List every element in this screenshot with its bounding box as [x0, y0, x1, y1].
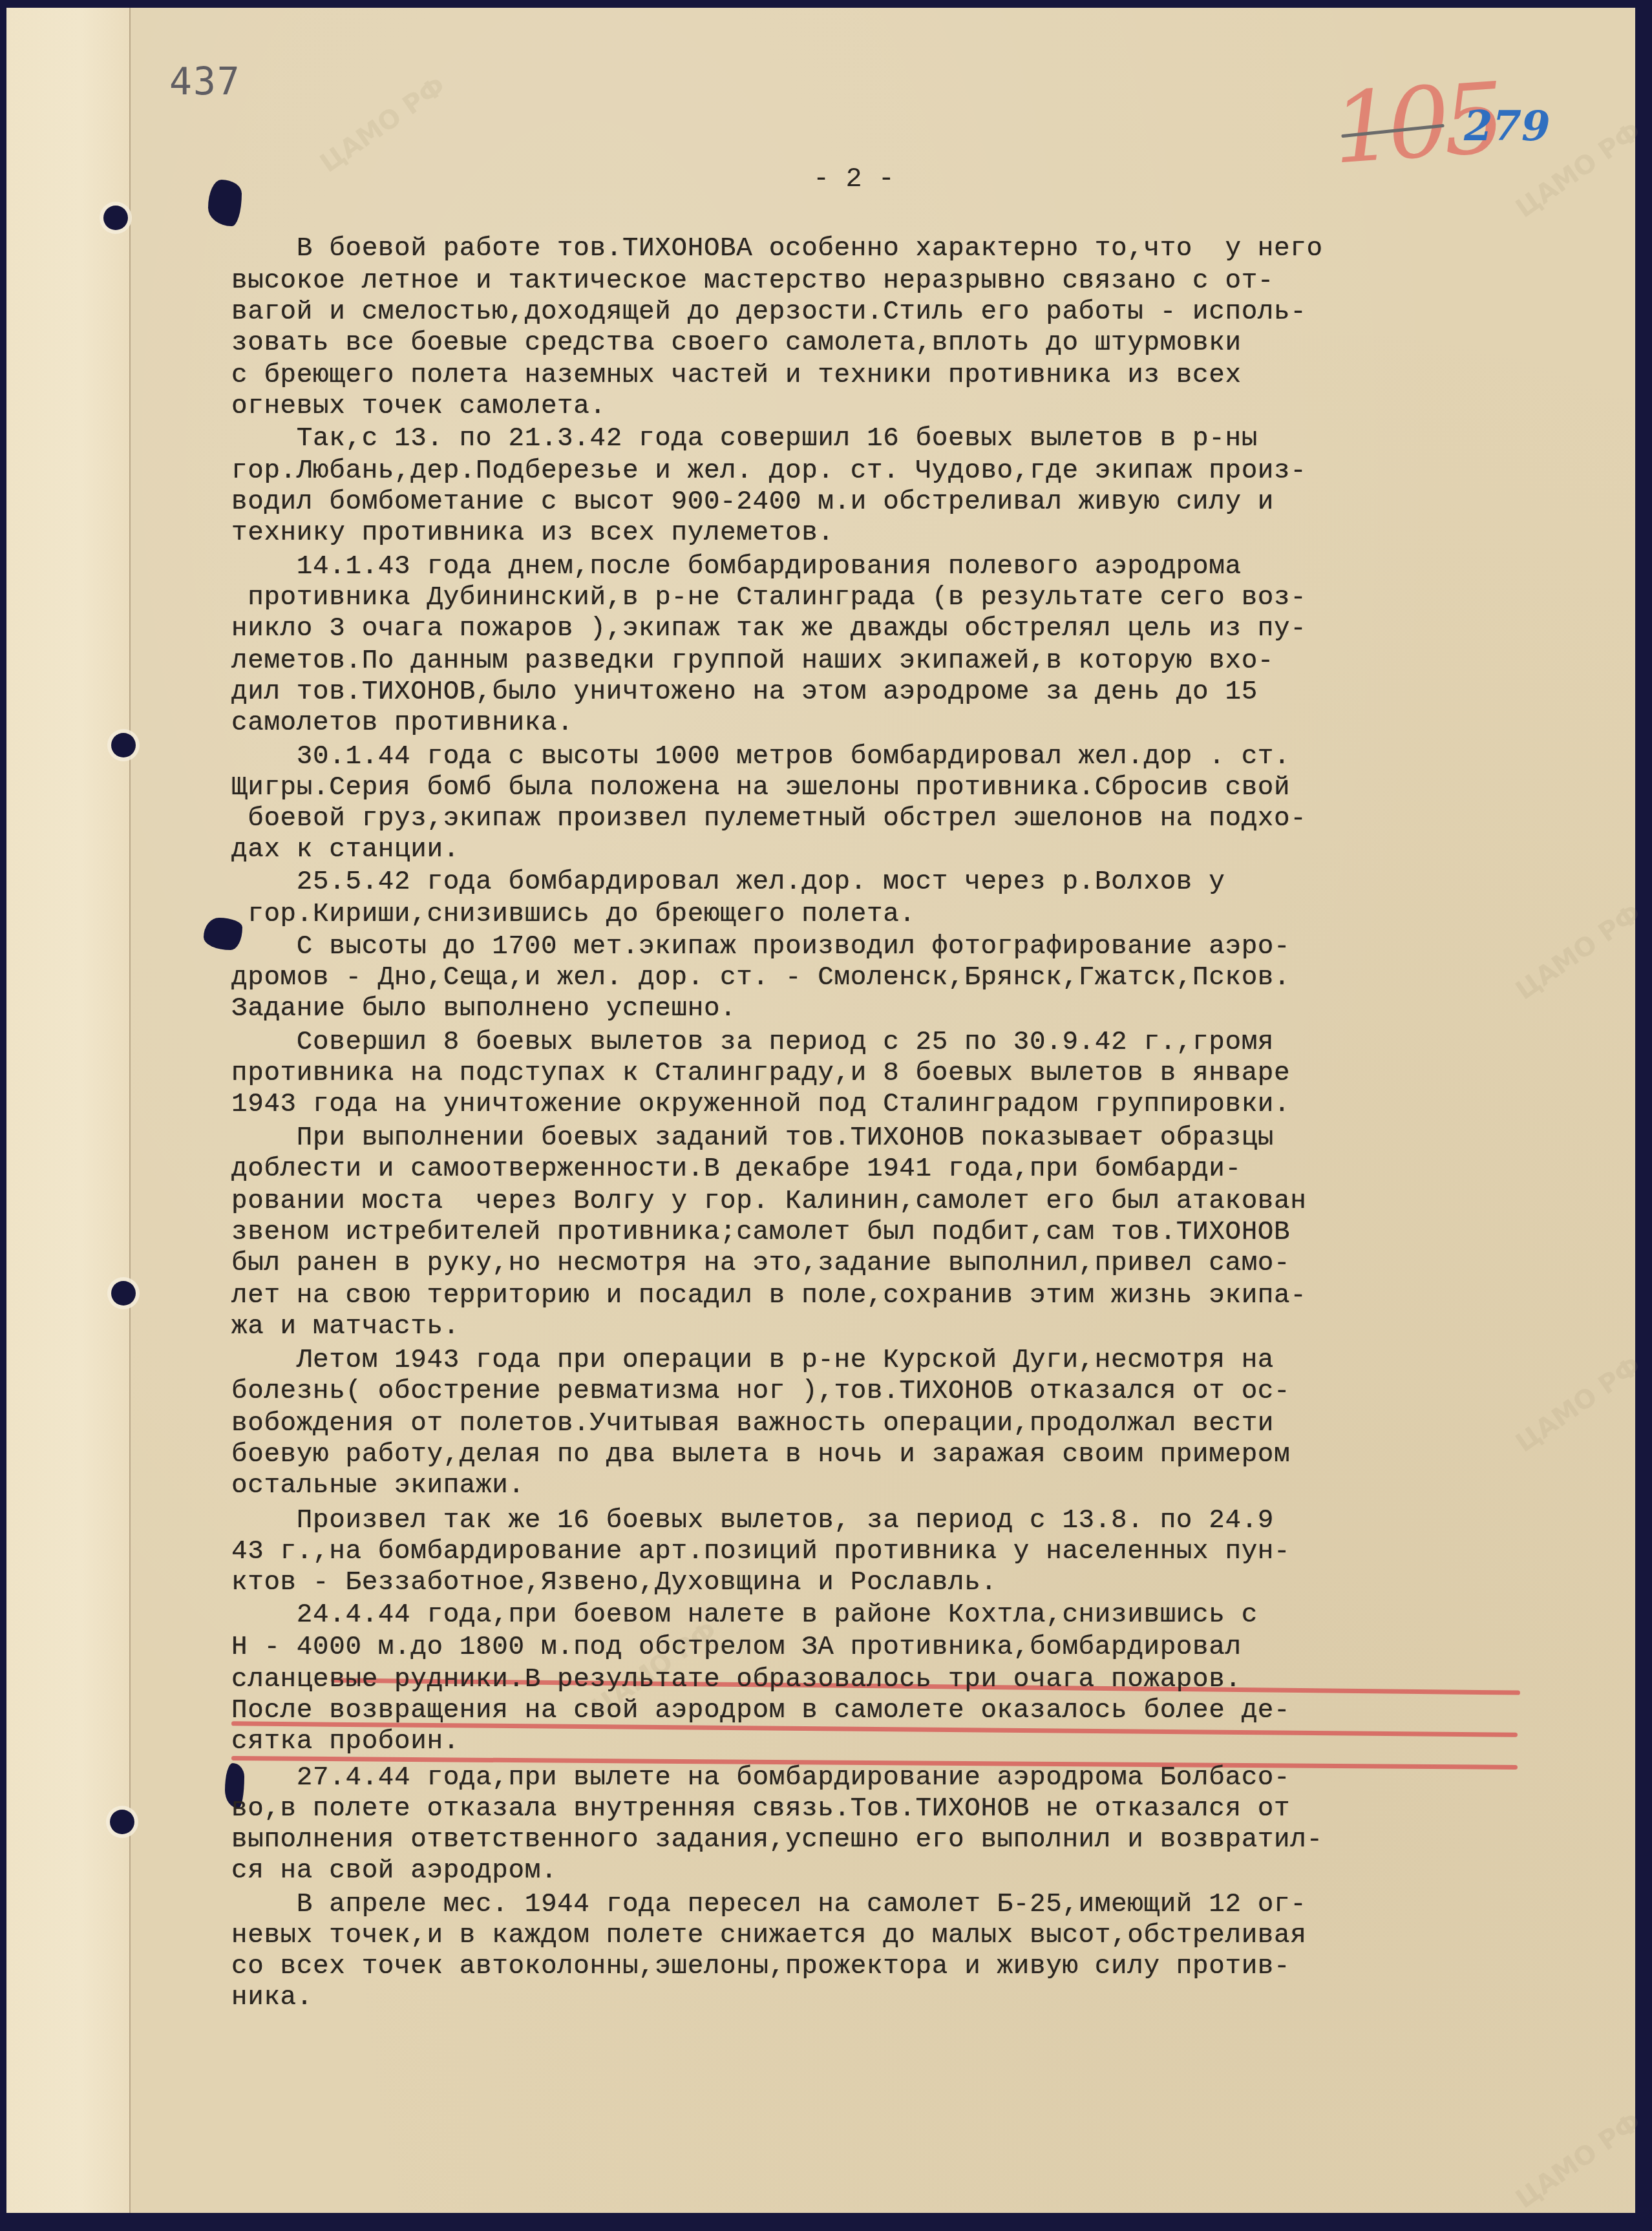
- text-line: самолетов противника.: [231, 707, 573, 739]
- text-line: сланцевые рудники.В результате образовал…: [231, 1664, 1242, 1696]
- punch-hole-icon: [103, 206, 128, 230]
- text-line: высокое летное и тактическое мастерство …: [231, 265, 1274, 297]
- text-line: боевой груз,экипаж произвел пулеметный о…: [231, 803, 1306, 835]
- text-line: 30.1.44 года с высоты 1000 метров бомбар…: [231, 741, 1290, 773]
- text-line: 25.5.42 года бомбардировал жел.дор. мост…: [231, 866, 1225, 898]
- text-line: В апреле мес. 1944 года пересел на самол…: [231, 1888, 1306, 1921]
- text-line: 1943 года на уничтожение окруженной под …: [231, 1088, 1290, 1121]
- text-line: с брeющего полета наземных частей и техн…: [231, 359, 1242, 392]
- text-line: водил бомбометание с высот 900-2400 м.и …: [231, 486, 1274, 518]
- binding-strip: [6, 8, 131, 2213]
- text-line: 27.4.44 года,при вылете на бомбардирован…: [231, 1762, 1290, 1794]
- text-line: технику противника из всех пулеметов.: [231, 517, 834, 549]
- text-line: звеном истребителей противника;самолет б…: [231, 1216, 1290, 1249]
- text-line: никло 3 очага пожаров ),экипаж так же дв…: [231, 613, 1306, 645]
- punch-hole-icon: [110, 1810, 134, 1834]
- text-line: зовать все боевые средства своего самоле…: [231, 327, 1242, 359]
- archive-page-number: 437: [169, 59, 241, 103]
- text-line: болезнь( обострение ревматизма ног ),тов…: [231, 1375, 1290, 1408]
- text-line: леметов.По данным разведки группой наших…: [231, 645, 1274, 677]
- text-line: После возвращения на свой аэродром в сам…: [231, 1695, 1290, 1727]
- text-line: дах к станции.: [231, 834, 460, 866]
- text-line: вагой и смелостью,доходящей до дерзости.…: [231, 296, 1306, 328]
- text-line: жа и матчасть.: [231, 1311, 460, 1343]
- text-line: вобождения от полетов.Учитывая важность …: [231, 1408, 1274, 1440]
- text-line: был ранен в руку,но несмотря на это,зада…: [231, 1247, 1290, 1280]
- text-line: противника на подступах к Сталинграду,и …: [231, 1057, 1290, 1090]
- text-line: Задание было выполнено успешно.: [231, 993, 736, 1025]
- text-line: При выполнении боевых заданий тов.ТИХОНО…: [231, 1122, 1274, 1154]
- text-line: гор.Любань,дер.Подберезье и жел. дор. ст…: [231, 455, 1306, 487]
- text-line: сятка пробоин.: [231, 1726, 460, 1758]
- punch-hole-icon: [111, 1281, 136, 1306]
- text-line: Так,с 13. по 21.3.42 года совершил 16 бо…: [231, 423, 1258, 455]
- blue-ink-folio-number: 279: [1464, 102, 1551, 151]
- text-line: дил тов.ТИХОНОВ,было уничтожено на этом …: [231, 676, 1258, 708]
- text-line: со всех точек автоколонны,эшелоны,прожек…: [231, 1951, 1290, 1983]
- paper-tear-icon: [208, 180, 242, 226]
- punch-hole-icon: [111, 733, 136, 757]
- text-line: дромов - Дно,Сеща,и жел. дор. ст. - Смол…: [231, 962, 1290, 994]
- text-line: Щигры.Серия бомб была положена на эшелон…: [231, 772, 1290, 804]
- text-line: Н - 4000 м.до 1800 м.под обстрелом ЗА пр…: [231, 1631, 1242, 1664]
- text-line: ся на свой аэродром.: [231, 1855, 557, 1887]
- text-line: противника Дубининский,в р-не Сталинград…: [231, 582, 1306, 614]
- text-line: Совершил 8 боевых вылетов за период с 25…: [231, 1026, 1274, 1059]
- text-line: 43 г.,на бомбардирование арт.позиций про…: [231, 1536, 1290, 1568]
- text-line: огневых точек самолета.: [231, 390, 606, 423]
- text-line: боевую работу,делая по два вылета в ночь…: [231, 1439, 1290, 1471]
- text-line: выполнения ответственного задания,успешн…: [231, 1824, 1323, 1856]
- text-line: 14.1.43 года днем,после бомбардирования …: [231, 551, 1242, 583]
- text-line: С высоты до 1700 мет.экипаж производил ф…: [231, 931, 1290, 963]
- text-line: остальные экипажи.: [231, 1470, 525, 1502]
- text-line: ровании моста через Волгу у гор. Калинин…: [231, 1185, 1306, 1218]
- text-line: Летом 1943 года при операции в р-не Курс…: [231, 1344, 1274, 1377]
- text-line: В боевой работе тов.ТИХОНОВА особенно ха…: [231, 233, 1323, 265]
- text-line: ктов - Беззаботное,Язвено,Духовщина и Ро…: [231, 1567, 997, 1599]
- text-line: лет на свою территорию и посадил в поле,…: [231, 1280, 1306, 1312]
- text-line: ника.: [231, 1982, 313, 2014]
- text-line: 24.4.44 года,при боевом налете в районе …: [231, 1599, 1258, 1631]
- text-line: доблести и самоотверженности.В декабре 1…: [231, 1153, 1242, 1185]
- text-line: невых точек,и в каждом полете снижается …: [231, 1919, 1306, 1952]
- text-line: гор.Кириши,снизившись до брeющего полета…: [231, 898, 916, 931]
- text-line: Произвел так же 16 боевых вылетов, за пе…: [231, 1505, 1274, 1537]
- page-marker: - 2 -: [813, 164, 895, 195]
- text-line: во,в полете отказала внутренняя связь.То…: [231, 1793, 1290, 1825]
